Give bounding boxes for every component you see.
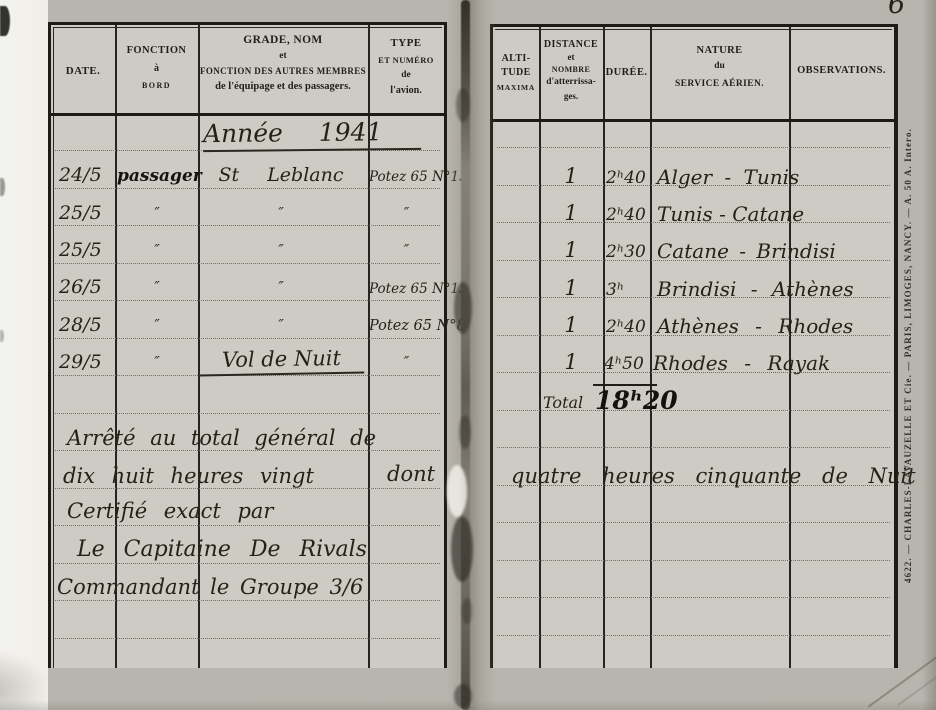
header-altitude-line1: ALTI- bbox=[493, 53, 539, 64]
row-nature: Catane - Brindisi bbox=[657, 239, 836, 263]
header-type-line2: ET NUMÉRO bbox=[368, 55, 444, 65]
row-fonction: ″ bbox=[117, 204, 197, 222]
row-grade: ″ bbox=[201, 204, 361, 222]
row-ruling-line bbox=[55, 413, 440, 414]
row-date: 26/5 bbox=[59, 276, 113, 298]
header-type-line3: de bbox=[368, 70, 444, 80]
header-distance-line1: DISTANCE bbox=[539, 39, 603, 50]
row-type: Potez 65 N°13 bbox=[369, 281, 444, 297]
header-nature-line2: du bbox=[650, 61, 789, 71]
header-fonction-line2: à bbox=[115, 63, 198, 74]
row-fonction: passager bbox=[117, 166, 197, 186]
certification-line2: dix huit heures vingt bbox=[63, 464, 314, 488]
row-type: Potez 65 N°13 bbox=[369, 169, 444, 185]
row-nature: Athènes - Rhodes bbox=[657, 314, 853, 338]
row-duree: 3ʰ bbox=[606, 280, 650, 300]
gutter-stain-1 bbox=[456, 88, 470, 122]
logbook-scan: 6 DATE. FONCTION à BORD GRADE, NOM et FO… bbox=[0, 0, 936, 710]
total-value: 18ʰ20 bbox=[595, 386, 678, 415]
col-line-distance-duree bbox=[603, 27, 605, 668]
row-ruling-line bbox=[55, 525, 440, 526]
edge-smudge-1 bbox=[0, 6, 10, 36]
row-atterrissages: 1 bbox=[539, 238, 603, 262]
row-duree: 2ʰ40 bbox=[606, 168, 650, 188]
row-ruling-line bbox=[497, 447, 890, 448]
row-ruling-line bbox=[55, 300, 440, 301]
gutter-stain-2 bbox=[454, 282, 472, 334]
edge-smudge-3 bbox=[0, 330, 4, 342]
row-fonction: ″ bbox=[117, 316, 197, 334]
header-altitude-line3: MAXIMA bbox=[493, 83, 539, 92]
header-fonction-line3: BORD bbox=[115, 81, 198, 90]
certification-line1: Arrêté au total général de bbox=[67, 426, 376, 450]
certification-line4: Le Capitaine De Rivals bbox=[77, 537, 367, 562]
gutter-stain-5 bbox=[462, 598, 472, 624]
left-table: DATE. FONCTION à BORD GRADE, NOM et FONC… bbox=[48, 22, 447, 668]
printer-imprint: 4622. — CHARLES-LAVAUZELLE ET Cie. — PAR… bbox=[903, 12, 919, 700]
row-ruling-line bbox=[55, 600, 440, 601]
row-nature: Brindisi - Athènes bbox=[657, 277, 854, 301]
left-table-inner-leftline bbox=[53, 27, 54, 668]
row-grade: St Leblanc bbox=[201, 164, 361, 186]
row-nature: Tunis - Catane bbox=[657, 202, 804, 226]
row-date: 28/5 bbox=[59, 314, 113, 336]
certification-line2-cont: dont bbox=[387, 462, 435, 486]
row-ruling-line bbox=[497, 522, 890, 523]
row-date: 29/5 bbox=[59, 351, 113, 373]
edge-smudge-2 bbox=[0, 178, 5, 196]
row-ruling-line bbox=[55, 638, 440, 639]
row-atterrissages: 1 bbox=[539, 313, 603, 337]
header-distance-line3: NOMBRE bbox=[539, 65, 603, 74]
row-date: 25/5 bbox=[59, 239, 113, 261]
header-fonction-line1: FONCTION bbox=[115, 45, 198, 56]
gutter-stain-3 bbox=[459, 415, 471, 449]
col-line-duree-nature bbox=[650, 27, 652, 668]
header-distance-line4: d'atterrissa- bbox=[539, 77, 603, 87]
gutter-stain-4 bbox=[451, 516, 473, 582]
row-nature: Rhodes - Rayak bbox=[653, 351, 830, 375]
row-fonction: ″ bbox=[117, 353, 197, 371]
header-nature-line3: SERVICE AÉRIEN. bbox=[650, 79, 789, 89]
row-duree: 2ʰ40 bbox=[606, 317, 650, 337]
row-ruling-line bbox=[497, 597, 890, 598]
header-type-line4: l'avion. bbox=[368, 85, 444, 96]
year-heading: Année 1941 bbox=[203, 117, 421, 152]
header-distance-line5: ges. bbox=[539, 91, 603, 101]
left-header-separator bbox=[51, 113, 444, 116]
right-header-separator bbox=[493, 119, 894, 122]
header-grade-line2: et bbox=[198, 51, 368, 61]
row-ruling-line bbox=[497, 635, 890, 636]
header-grade-line3: FONCTION DES AUTRES MEMBRES bbox=[198, 66, 368, 76]
header-type-line1: TYPE bbox=[368, 37, 444, 49]
night-note: quatre heures cinquante de Nuit bbox=[511, 464, 916, 488]
row-duree: 2ʰ40 bbox=[606, 205, 650, 225]
row-nature: Alger - Tunis bbox=[657, 165, 799, 189]
left-paper-edge bbox=[0, 0, 48, 710]
row-fonction: ″ bbox=[117, 241, 197, 259]
certification-line5: Commandant le Groupe 3/6 bbox=[57, 575, 363, 599]
row-grade: ″ bbox=[201, 241, 361, 259]
row-fonction: ″ bbox=[117, 278, 197, 296]
gutter-stain-6 bbox=[454, 684, 472, 708]
right-paper-edge-shadow bbox=[922, 0, 936, 710]
row-ruling-line bbox=[55, 225, 440, 226]
left-table-inner-topline bbox=[53, 27, 442, 28]
right-table: ALTI- TUDE MAXIMA DISTANCE et NOMBRE d'a… bbox=[490, 24, 898, 668]
row-type: ″ bbox=[369, 204, 444, 222]
row-ruling-line bbox=[497, 560, 890, 561]
row-type: ″ bbox=[369, 241, 444, 259]
right-table-inner-topline bbox=[495, 29, 892, 30]
row-grade: ″ bbox=[201, 316, 361, 334]
row-duree: 4ʰ50 bbox=[604, 354, 650, 374]
row-ruling-line bbox=[55, 263, 440, 264]
row-atterrissages: 1 bbox=[539, 201, 603, 225]
col-line-fonction-grade bbox=[198, 25, 200, 668]
row-atterrissages: 1 bbox=[539, 276, 603, 300]
row-ruling-line bbox=[497, 147, 890, 148]
col-line-nature-observations bbox=[789, 27, 791, 668]
col-line-altitude-distance bbox=[539, 27, 541, 668]
row-duree: 2ʰ30 bbox=[606, 242, 650, 262]
header-grade-line1: GRADE, NOM bbox=[198, 34, 368, 46]
row-type: Potez 65 N°8 bbox=[369, 318, 444, 334]
gutter-torn-paper bbox=[447, 465, 467, 517]
header-distance-line2: et bbox=[539, 52, 603, 62]
header-date: DATE. bbox=[51, 65, 115, 77]
row-ruling-line bbox=[55, 338, 440, 339]
header-nature-line1: NATURE bbox=[650, 45, 789, 56]
certification-line3: Certifié exact par bbox=[67, 499, 273, 523]
row-grade: ″ bbox=[201, 278, 361, 296]
header-altitude-line2: TUDE bbox=[493, 67, 539, 78]
row-type: ″ bbox=[369, 353, 444, 371]
row-ruling-line bbox=[55, 563, 440, 564]
col-line-date-fonction bbox=[115, 25, 117, 668]
row-atterrissages: 1 bbox=[539, 164, 603, 188]
total-label: Total bbox=[543, 393, 583, 412]
row-ruling-line bbox=[55, 450, 440, 451]
header-grade-line4: de l'équipage et des passagers. bbox=[198, 81, 368, 92]
header-duree: DURÉE. bbox=[603, 67, 650, 78]
row-ruling-line bbox=[55, 188, 440, 189]
row-date: 25/5 bbox=[59, 202, 113, 224]
row-date: 24/5 bbox=[59, 164, 113, 186]
header-observations: OBSERVATIONS. bbox=[789, 65, 894, 76]
row-atterrissages: 1 bbox=[539, 350, 603, 374]
row-grade-vol-de-nuit: Vol de Nuit bbox=[199, 346, 364, 377]
